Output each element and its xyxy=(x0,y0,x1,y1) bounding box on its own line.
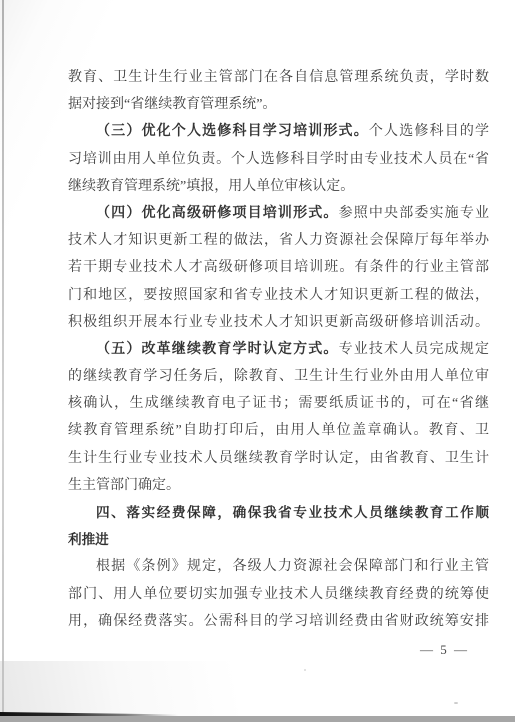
text-segment: 利推进 xyxy=(68,532,109,547)
text-segment: 续教育管理系统”自助打印后，由用人单位盖章确认。教育、卫 xyxy=(68,423,489,438)
text-segment: 据对接到“省继续教育管理系统”。 xyxy=(68,97,276,112)
text-segment: 继续教育管理系统”填报，用人单位审核认定。 xyxy=(68,179,354,194)
scan-shadow xyxy=(0,661,340,716)
scan-speck xyxy=(454,702,458,704)
text-line: 积极组织开展本行业专业技术人才知识更新高级研修培训活动。 xyxy=(68,309,489,336)
text-line: 若干期专业技术人才高级研修项目培训班。有条件的行业主管部 xyxy=(68,254,489,281)
text-line: 据对接到“省继续教育管理系统”。 xyxy=(68,91,489,118)
text-segment: 核确认，生成继续教育电子证书；需要纸质证书的，可在“省继 xyxy=(68,396,489,411)
text-line: 生计生行业专业技术人员继续教育学时认定，由省教育、卫生计 xyxy=(68,445,489,472)
text-segment: （三）优化个人选修科目学习培训形式。 xyxy=(96,124,369,139)
text-segment: 若干期专业技术人才高级研修项目培训班。有条件的行业主管部 xyxy=(68,260,489,275)
text-line: 利推进 xyxy=(68,526,489,553)
text-line: 习培训由用人单位负责。个人选修科目学时由专业技术人员在“省 xyxy=(68,146,489,173)
text-segment: （四）优化高级研修项目培训形式。 xyxy=(96,206,339,221)
text-line: 续教育管理系统”自助打印后，由用人单位盖章确认。教育、卫 xyxy=(68,417,489,444)
text-line: 根据《条例》规定，各级人力资源社会保障部门和行业主管 xyxy=(68,553,489,580)
text-line: 生主管部门确定。 xyxy=(68,472,489,499)
text-line: 部门、用人单位要切实加强专业技术人员继续教育经费的统筹使 xyxy=(68,581,489,608)
text-segment: 生主管部门确定。 xyxy=(68,478,180,493)
text-line: 教育、卫生计生行业主管部门在各自信息管理系统负责，学时数 xyxy=(68,64,489,91)
text-segment: 生计生行业专业技术人员继续教育学时认定，由省教育、卫生计 xyxy=(68,451,489,466)
text-segment: 参照中央部委实施专业 xyxy=(339,206,489,221)
scan-speck xyxy=(304,669,306,671)
document-page: 教育、卫生计生行业主管部门在各自信息管理系统负责，学时数据对接到“省继续教育管理… xyxy=(0,0,515,722)
text-line: 的继续教育学习任务后，除教育、卫生计生行业外由用人单位审 xyxy=(68,363,489,390)
scan-left-edge xyxy=(2,0,4,716)
scan-bottom-bar xyxy=(0,716,515,722)
text-segment: 用，确保经费落实。公需科目的学习培训经费由省财政统筹安排 xyxy=(68,614,489,629)
text-segment: 专业技术人员完成规定 xyxy=(339,342,489,357)
text-line: 技术人才知识更新工程的做法，省人力资源社会保障厅每年举办 xyxy=(68,227,489,254)
text-segment: 教育、卫生计生行业主管部门在各自信息管理系统负责，学时数 xyxy=(68,70,489,85)
text-line: （四）优化高级研修项目培训形式。参照中央部委实施专业 xyxy=(68,200,489,227)
text-segment: 个人选修科目的学 xyxy=(369,124,489,139)
text-segment: 部门、用人单位要切实加强专业技术人员继续教育经费的统筹使 xyxy=(68,587,489,602)
text-line: （三）优化个人选修科目学习培训形式。个人选修科目的学 xyxy=(68,118,489,145)
text-line: （五）改革继续教育学时认定方式。专业技术人员完成规定 xyxy=(68,336,489,363)
text-block: 教育、卫生计生行业主管部门在各自信息管理系统负责，学时数据对接到“省继续教育管理… xyxy=(68,64,489,635)
text-segment: 技术人才知识更新工程的做法，省人力资源社会保障厅每年举办 xyxy=(68,233,489,248)
text-segment: （五）改革继续教育学时认定方式。 xyxy=(96,342,339,357)
text-segment: 门和地区，要按照国家和省专业技术人才知识更新工程的做法， xyxy=(68,288,489,303)
text-line: 用，确保经费落实。公需科目的学习培训经费由省财政统筹安排 xyxy=(68,608,489,635)
text-line: 继续教育管理系统”填报，用人单位审核认定。 xyxy=(68,173,489,200)
text-segment: 习培训由用人单位负责。个人选修科目学时由专业技术人员在“省 xyxy=(68,152,489,167)
page-number: — 5 — xyxy=(420,642,469,658)
text-line: 核确认，生成继续教育电子证书；需要纸质证书的，可在“省继 xyxy=(68,390,489,417)
text-segment: 积极组织开展本行业专业技术人才知识更新高级研修培训活动。 xyxy=(68,315,489,330)
text-segment: 的继续教育学习任务后，除教育、卫生计生行业外由用人单位审 xyxy=(68,369,489,384)
text-segment: 四、落实经费保障，确保我省专业技术人员继续教育工作顺 xyxy=(96,505,489,520)
text-segment: 根据《条例》规定，各级人力资源社会保障部门和行业主管 xyxy=(96,559,489,574)
text-line: 四、落实经费保障，确保我省专业技术人员继续教育工作顺 xyxy=(68,499,489,526)
text-line: 门和地区，要按照国家和省专业技术人才知识更新工程的做法， xyxy=(68,282,489,309)
